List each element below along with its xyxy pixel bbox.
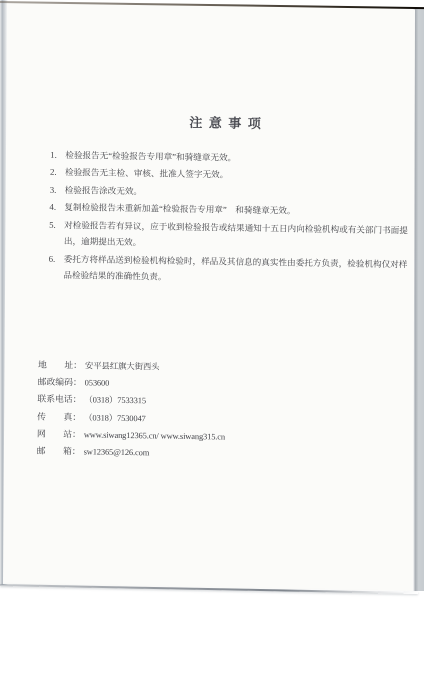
contact-block: 地 址：安平县红旗大街西头 邮政编码：053600 联系电话：（0318）753… [36, 357, 226, 463]
notice-item: 6. 委托方将样品送到检验机构检验时，样品及其信息的真实性由委托方负责，检验机构… [48, 250, 410, 288]
document-content: 注意事项 1. 检验报告无“检验报告专用章”和骑缝章无效。 2. 检验报告无主检… [0, 0, 424, 601]
page-title: 注意事项 [3, 109, 424, 135]
contact-value-postcode: 053600 [85, 379, 110, 388]
contact-label: 传 真： [37, 408, 84, 425]
contact-label: 地 址： [38, 357, 85, 374]
notice-number: 3. [50, 182, 65, 199]
notice-number: 5. [49, 217, 65, 250]
notices-list: 1. 检验报告无“检验报告专用章”和骑缝章无效。 2. 检验报告无主检、审核、批… [48, 147, 412, 290]
scanned-document-page: 注意事项 1. 检验报告无“检验报告专用章”和骑缝章无效。 2. 检验报告无主检… [0, 0, 424, 594]
notice-text: 委托方将样品送到检验机构检验时，样品及其信息的真实性由委托方负责，检验机构仅对样… [63, 251, 409, 289]
notice-number: 1. [50, 147, 65, 164]
contact-label: 邮 箱： [37, 443, 84, 460]
notice-text: 对检验报告若有异议，应于收到检验报告或结果通知十五日内向检验机构或有关部门书面提… [64, 217, 410, 255]
contact-value-phone: （0318）7533315 [84, 396, 146, 406]
contact-value-address: 安平县红旗大街西头 [85, 361, 160, 371]
contact-label: 联系电话： [37, 391, 84, 408]
notice-number: 2. [50, 164, 65, 181]
contact-label: 网 站： [37, 425, 84, 442]
contact-value-email: sw12365@126.com [84, 447, 150, 457]
notice-number: 6. [48, 250, 64, 283]
contact-value-website: www.siwang12365.cn/ www.siwang315.cn [84, 430, 225, 441]
contact-row-email: 邮 箱：sw12365@126.com [36, 443, 224, 463]
notice-item: 5. 对检验报告若有异议，应于收到检验报告或结果通知十五日内向检验机构或有关部门… [49, 217, 411, 255]
notice-number: 4. [49, 199, 64, 216]
contact-value-fax: （0318）7530047 [84, 413, 146, 423]
contact-label: 邮政编码： [38, 374, 85, 391]
